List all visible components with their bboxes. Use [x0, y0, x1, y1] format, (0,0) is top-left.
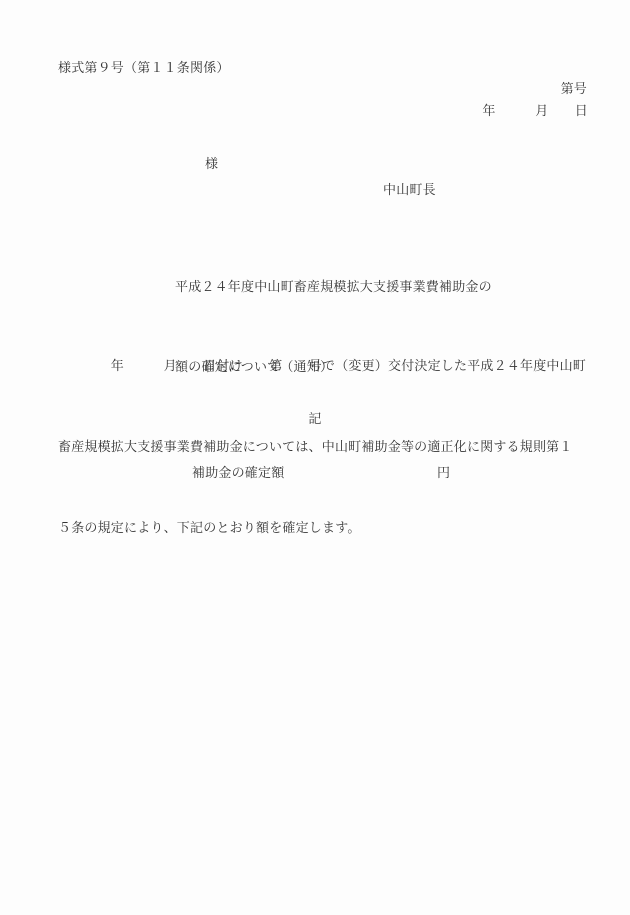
addressee-honorific: 様 [205, 153, 218, 172]
body-paragraph: 年 月 日付け 第 号で（変更）交付決定した平成２４年度中山町 畜産規模拡大支援… [58, 298, 586, 595]
date-placeholder: 年 月 日 [482, 100, 588, 119]
doc-number-placeholder: 第号 [561, 78, 587, 97]
body-line-1: 年 月 日付け 第 号で（変更）交付決定した平成２４年度中山町 [58, 352, 586, 379]
document-page: 様式第９号（第１１条関係） 第号 年 月 日 様 中山町長 平成２４年度中山町畜… [0, 0, 630, 915]
form-number: 様式第９号（第１１条関係） [58, 57, 230, 76]
amount-unit: 円 [437, 462, 450, 481]
body-line-2: 畜産規模拡大支援事業費補助金については、中山町補助金等の適正化に関する規則第１ [58, 433, 586, 460]
amount-label: 補助金の確定額 [192, 462, 284, 481]
sender-title: 中山町長 [383, 179, 436, 198]
subject-line-1: 平成２４年度中山町畜産規模拡大支援事業費補助金の [175, 274, 492, 301]
record-marker: 記 [0, 408, 630, 427]
body-line-3: ５条の規定により、下記のとおり額を確定します。 [58, 514, 586, 541]
